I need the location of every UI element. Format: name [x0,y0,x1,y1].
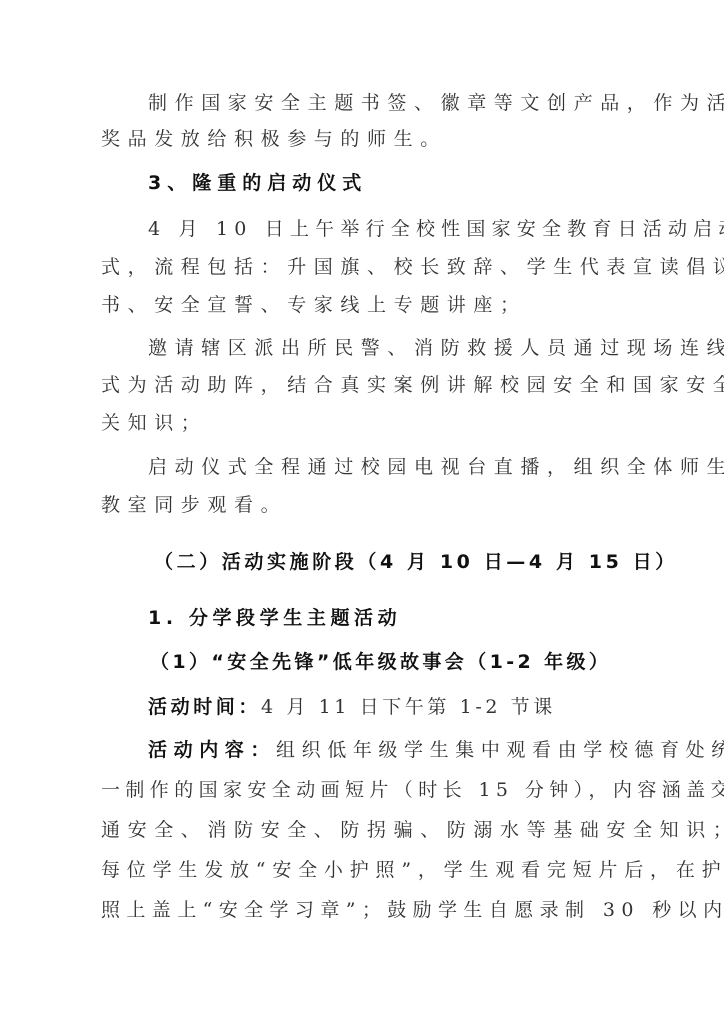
paragraph-line: 式为活动助阵，结合真实案例讲解校园安全和国家安全相 [101,371,601,399]
paragraph-line: 式，流程包括：升国旗、校长致辞、学生代表宣读倡议 [101,253,601,281]
paragraph-line: 书、安全宣誓、专家线上专题讲座； [101,291,601,319]
paragraph-line: 奖品发放给积极参与的师生。 [101,125,601,153]
paragraph-line: 通安全、消防安全、防拐骗、防溺水等基础安全知识；为 [101,816,601,844]
paragraph-line: 启动仪式全程通过校园电视台直播，组织全体师生在 [148,453,648,481]
activity-content-line: 活动内容：组织低年级学生集中观看由学校德育处统 [148,736,648,764]
paragraph-line: 教室同步观看。 [101,491,601,519]
activity-time-value: 4 月 11 日下午第 1-2 节课 [261,696,556,718]
activity-content-label: 活动内容： [148,739,276,761]
activity-time-line: 活动时间：4 月 11 日下午第 1-2 节课 [148,693,648,721]
activity-time-label: 活动时间： [148,696,261,718]
section-heading-implementation: （二）活动实施阶段（4 月 10 日—4 月 15 日） [154,548,654,576]
activity-content-first: 组织低年级学生集中观看由学校德育处统 [276,739,724,761]
paragraph-line: 照上盖上“安全学习章”；鼓励学生自愿录制 30 秒以内的 [101,896,601,924]
paragraph-line: 制作国家安全主题书签、徽章等文创产品，作为活动 [148,89,648,117]
subheading-storytelling: （1）“安全先锋”低年级故事会（1-2 年级） [150,648,650,676]
subheading-launch-ceremony: 3、隆重的启动仪式 [148,169,648,197]
paragraph-line: 邀请辖区派出所民警、消防救援人员通过现场连线形 [148,334,648,362]
document-page: 制作国家安全主题书签、徽章等文创产品，作为活动 奖品发放给积极参与的师生。 3、… [0,0,724,1024]
paragraph-line: 关知识； [101,409,601,437]
subheading-student-activities: 1. 分学段学生主题活动 [148,604,648,632]
paragraph-line: 每位学生发放“安全小护照”，学生观看完短片后，在护 [101,856,601,884]
paragraph-line: 4 月 10 日上午举行全校性国家安全教育日活动启动仪 [148,215,648,243]
paragraph-line: 一制作的国家安全动画短片（时长 15 分钟），内容涵盖交 [101,776,601,804]
